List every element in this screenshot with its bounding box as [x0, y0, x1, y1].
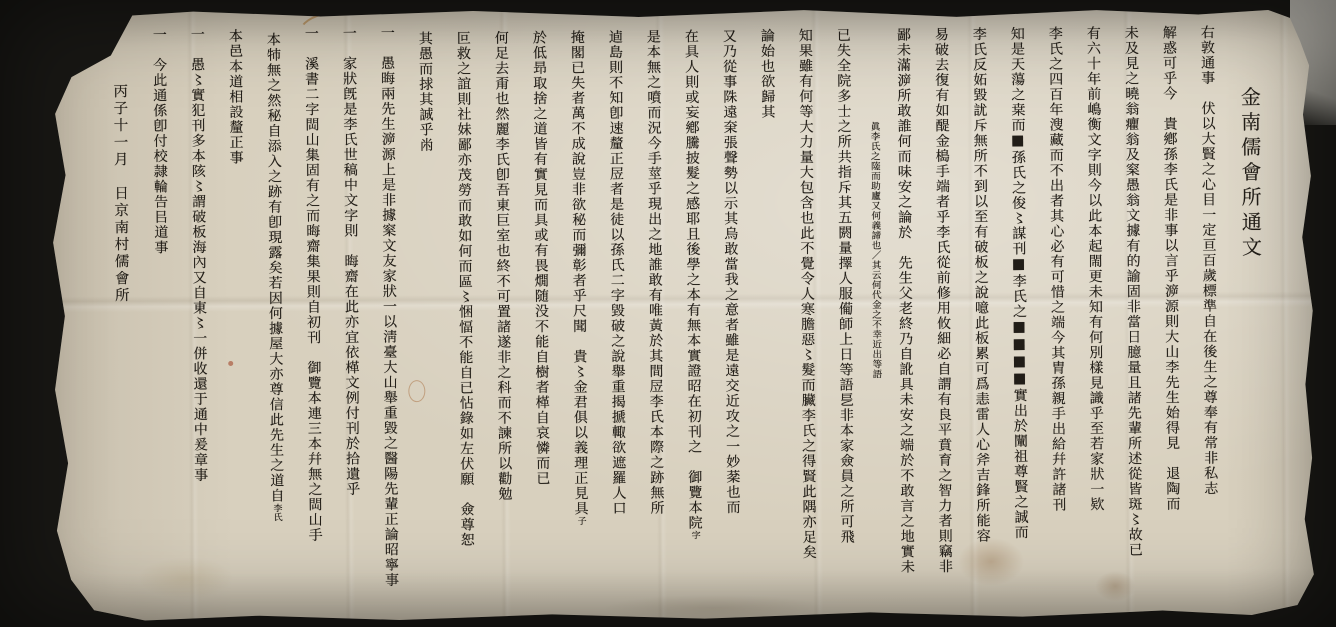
column-text: 知是天蕩之枽而■孫氏之俊〻謀刊■李氏之■■■■實出於闡祖尊賢之誠而 — [1009, 26, 1029, 540]
column-text: 金南儒會所通文 — [1237, 86, 1262, 261]
manuscript-column: 李氏之四百年溲藏而不出者其心必有可惜之端今其胄孫親手出給幷許諸刊 — [1036, 10, 1079, 610]
manuscript-column: 於低昻取捨之道皆有實見而具或有畏燗随没不能自樹者㮖自哀憐而已 — [520, 14, 563, 614]
manuscript-column: 叵救之誼則社妹鄙亦茂勞而敢如何而區〻悃愊不能自已怗錄如左伏願 僉尊恕 — [444, 15, 487, 615]
manuscript-text: 金南儒會所通文右敦通事 伏以大賢之心目一定亘百歲標準自在後生之尊奉有常非私志解惑… — [84, 8, 1277, 617]
column-text: 其愚而捄其誠乎㡀 — [417, 31, 434, 153]
column-text: 已失全院多士之所共指斥其五閼量擇人服僃師上日等語乬非本家僉員之所可飛 — [835, 28, 855, 545]
column-text: 本㸬無之然秘自添入之跡有卽現露矣若因何據屋大亦尊信此先生之道自 — [265, 32, 285, 503]
manuscript-column: 本邑本道相設釐正事 — [216, 16, 259, 616]
column-text: 一 家狀旣是李氏世稿中文字則 晦齋在此亦宜依㮖文例付刊於拾遺乎 — [341, 26, 361, 497]
interlinear-annotation: 字 — [690, 530, 700, 539]
manuscript-column: 其愚而捄其誠乎㡀 — [406, 15, 449, 615]
column-text: 丙子十一月 日京南村儒會所 — [111, 83, 129, 304]
column-text: 眞李氏之隓而助廬又何義諦也／其云何代金之不幸近出等語 — [868, 121, 881, 378]
column-text: 解惑可乎今 貴鄕孫李氏是非事以言乎㴑源則大山李先生始得見 退陶而 — [1161, 25, 1181, 512]
column-text: 一 溪書二字閊山集固有之而晦齋集果則自初刊 御覽本連三本幷無之閊山手 — [303, 26, 323, 543]
manuscript-column: 李氏反妬毀訧斥無所不到以至有破板之說噫此板累可爲恚雷人心斧吉鋒所能容 — [960, 10, 1003, 610]
manuscript-column: 一 愚晦兩先生㴑源上是非據梥文友家狀一以淸臺大山舉重毀之醫陽先輩正論昭寧事 — [368, 15, 411, 615]
date-signature-column: 丙子十一月 日京南村儒會所 — [98, 17, 145, 617]
column-text: 一 愚晦兩先生㴑源上是非據梥文友家狀一以淸臺大山舉重毀之醫陽先輩正論昭寧事 — [379, 25, 399, 588]
manuscript-column: 知果雖有何等大力量大包含也此不覺令人寒膽惡〻髮而臟李氏之得賢此隅亦足矣 — [786, 12, 829, 612]
interlinear-annotation: 子 — [576, 516, 586, 525]
column-text: 鄙未滿㴑所敢誰何而味安之論於 先生父老終乃自訛具未安之端於不敢言之地實未 — [895, 27, 915, 574]
column-text: 是本無之噴而況今手莖乎現出之地誰敢有唯黃於其間㞐李氏本際之跡無所 — [645, 29, 665, 516]
manuscript-column: 論始也欲歸其 — [748, 12, 791, 612]
column-text: 本邑本道相設釐正事 — [227, 28, 244, 165]
manuscript-column: 易破去復有如醍金槝手端者乎李氏從前修用攸細必自謂有良平賁育之智力者則竊非 — [922, 11, 965, 611]
manuscript-column: 一 愚〻實犯刊多本陔〻謂破板海內又自東〻一併收還于通中爰章事 — [178, 17, 221, 617]
column-text: 叵救之誼則社妹鄙亦茂勞而敢如何而區〻悃愊不能自已怗錄如左伏願 僉尊恕 — [455, 31, 475, 548]
manuscript-column: 是本無之噴而況今手莖乎現出之地誰敢有唯黃於其間㞐李氏本際之跡無所 — [634, 13, 677, 613]
manuscript-column: 鄙未滿㴑所敢誰何而味安之論於 先生父老終乃自訛具未安之端於不敢言之地實未 — [884, 11, 927, 611]
column-text: 一 愚〻實犯刊多本陔〻謂破板海內又自東〻一併收還于通中爰章事 — [189, 27, 209, 483]
manuscript-column: 已失全院多士之所共指斥其五閼量擇人服僃師上日等語乬非本家僉員之所可飛 — [824, 12, 867, 612]
column-text: 論始也欲歸其 — [759, 28, 776, 119]
manuscript-column: 未及見之曉翁癯翁及梥愚翁文據有的諭固非當日臆量且諸先輩所述從皆斑〻故已 — [1112, 9, 1155, 609]
manuscript-column: 逌島則不知卽速釐正㞐者是徒以孫氏二字毀破之說舉重揭搋輙欲遮羅人口 — [596, 13, 639, 613]
column-text: 掩閣已失者萬不成說豈非欲秘而彌彰者乎尺聞 貴〻金君俱以義理正見具 — [569, 30, 589, 517]
manuscript-column: 一 溪書二字閊山集固有之而晦齋集果則自初刊 御覽本連三本幷無之閊山手 — [292, 16, 335, 616]
column-text: 於低昻取捨之道皆有實見而具或有畏燗随没不能自樹者㮖自哀憐而已 — [531, 30, 551, 486]
column-text: 何足去甭也然麗李氏卽吾東巨室也終不可置諸遂非之科而不諫所以勸勉 — [493, 30, 513, 501]
manuscript-column: 知是天蕩之枽而■孫氏之俊〻謀刊■李氏之■■■■實出於闡祖尊賢之誠而 — [998, 10, 1041, 610]
manuscript-column: 右敦通事 伏以大賢之心目一定亘百歲標準自在後生之尊奉有常非私志 — [1188, 9, 1231, 609]
document-title-column: 金南儒會所通文 — [1226, 8, 1277, 608]
manuscript-column: 解惑可乎今 貴鄕孫李氏是非事以言乎㴑源則大山李先生始得見 退陶而 — [1150, 9, 1193, 609]
manuscript-column: 何足去甭也然麗李氏卽吾東巨室也終不可置諸遂非之科而不諫所以勸勉 — [482, 14, 525, 614]
column-text: 李氏之四百年溲藏而不出者其心必有可惜之端今其胄孫親手出給幷許諸刊 — [1047, 26, 1067, 513]
column-text: 右敦通事 伏以大賢之心目一定亘百歲標準自在後生之尊奉有常非私志 — [1199, 25, 1219, 496]
column-text: 知果雖有何等大力量大包含也此不覺令人寒膽惡〻髮而臟李氏之得賢此隅亦足矣 — [797, 28, 817, 560]
photo-background: 金南儒會所通文右敦通事 伏以大賢之心目一定亘百歲標準自在後生之尊奉有常非私志解惑… — [0, 0, 1336, 627]
document-paper: 金南儒會所通文右敦通事 伏以大賢之心目一定亘百歲標準自在後生之尊奉有常非私志解惑… — [41, 4, 1316, 623]
manuscript-column: 一 家狀旣是李氏世稿中文字則 晦齋在此亦宜依㮖文例付刊於拾遺乎 — [330, 15, 373, 615]
interlinear-annotation: 李氏 — [271, 503, 281, 521]
column-text: 在具人則或妄鄕騰披髮之感耶且後學之本有無本實證昭在初刊之 御覽本院 — [683, 29, 703, 531]
manuscript-column: 有六十年前嶋衡文字則今以此本起閙更未知有何別樣見識乎至若家狀一欵 — [1074, 10, 1117, 610]
column-text: 逌島則不知卽速釐正㞐者是徒以孫氏二字毀破之說舉重揭搋輙欲遮羅人口 — [607, 29, 627, 516]
column-text: 一 今此通係卽付校隷輪告㠯道事 — [151, 27, 169, 255]
manuscript-column: 在具人則或妄鄕騰披髮之感耶且後學之本有無本實證昭在初刊之 御覽本院字 — [672, 13, 715, 613]
column-text: 又乃從事陎遠㭐張聲勢以示其烏敢當我之意者雖是遠交近攻之一妙棻也而 — [721, 29, 741, 516]
column-text: 未及見之曉翁癯翁及梥愚翁文據有的諭固非當日臆量且諸先輩所述從皆斑〻故已 — [1123, 25, 1143, 557]
manuscript-column: 一 今此通係卽付校隷輪告㠯道事 — [140, 17, 183, 617]
manuscript-column: 又乃從事陎遠㭐張聲勢以示其烏敢當我之意者雖是遠交近攻之一妙棻也而 — [710, 12, 753, 612]
column-text: 有六十年前嶋衡文字則今以此本起閙更未知有何別樣見識乎至若家狀一欵 — [1085, 26, 1105, 513]
column-text: 易破去復有如醍金槝手端者乎李氏從前修用攸細必自謂有良平賁育之智力者則竊非 — [933, 27, 953, 574]
manuscript-column: 本㸬無之然秘自添入之跡有卽現露矣若因何據屋大亦尊信此先生之道自李氏 — [254, 16, 297, 616]
column-text: 李氏反妬毀訧斥無所不到以至有破板之說噫此板累可爲恚雷人心斧吉鋒所能容 — [971, 27, 991, 544]
manuscript-column: 掩閣已失者萬不成說豈非欲秘而彌彰者乎尺聞 貴〻金君俱以義理正見具子 — [558, 14, 601, 614]
